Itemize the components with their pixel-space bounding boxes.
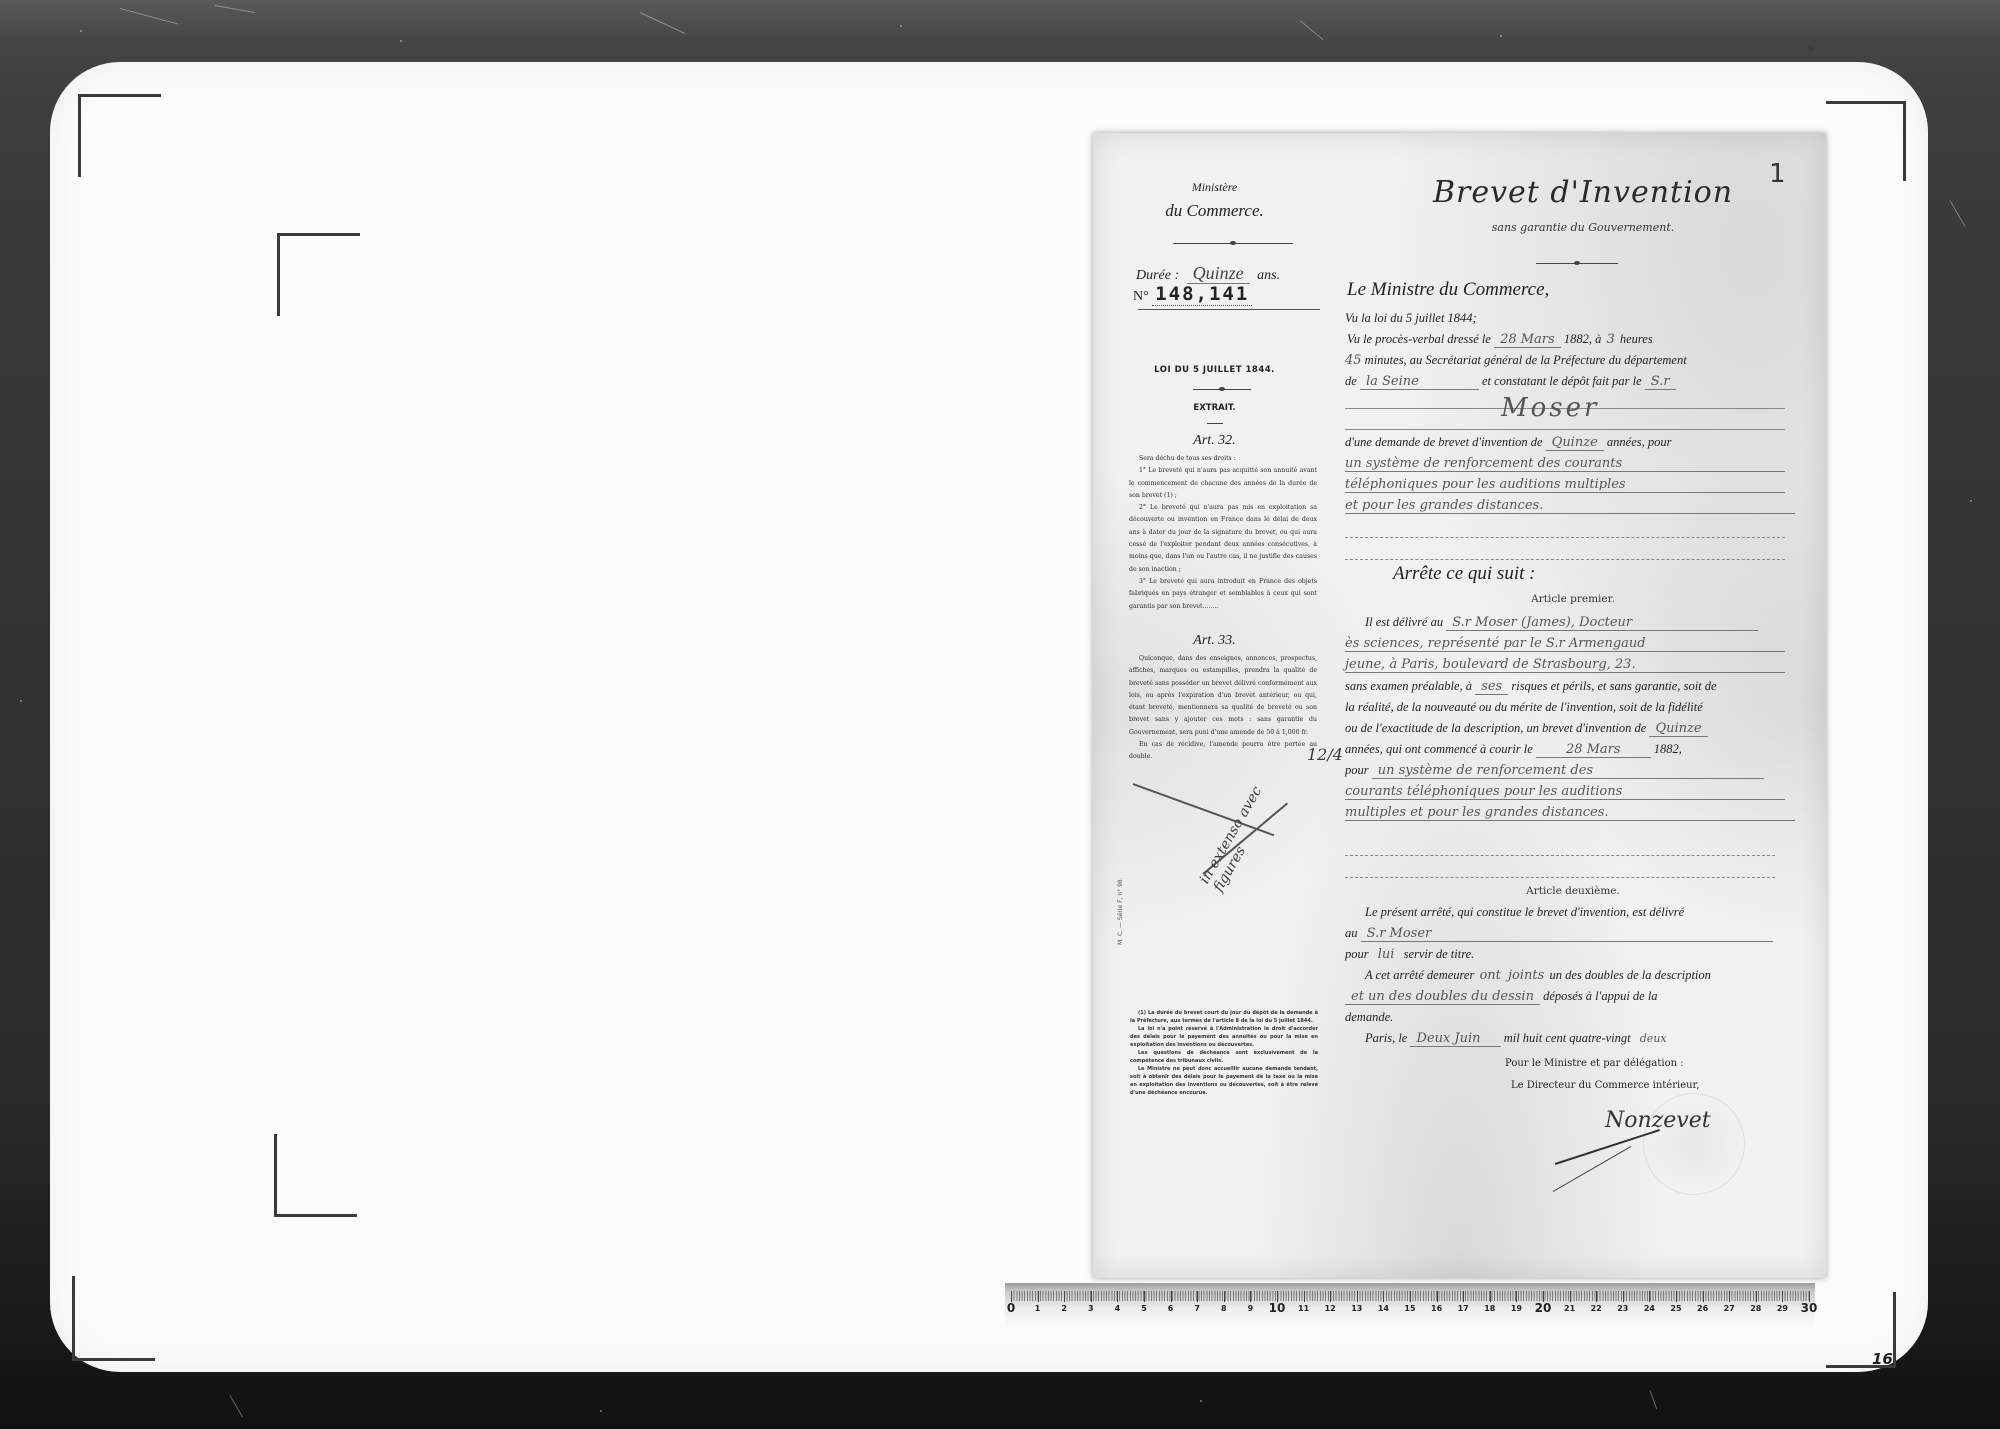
ruler-label: 21 [1564,1304,1575,1313]
text: risques et périls, et sans garantie, soi… [1511,679,1716,693]
document-title: Brevet d'Invention [1393,175,1773,210]
ruler-major-tick [1623,1291,1624,1302]
ruler-major-tick [1490,1291,1491,1302]
ruler-major-tick [1437,1291,1438,1302]
footnote-paragraph: Le Ministre ne peut donc accueillir aucu… [1130,1065,1318,1097]
ruler-major-tick [1117,1291,1118,1302]
title-purpose-line: pour lui servir de titre. [1345,947,1474,962]
article-32-paragraph: 3° Le breveté qui aura introduit en Fran… [1129,576,1317,613]
ruler-label: 7 [1194,1304,1200,1313]
date-line: Paris, le Deux Juin mil huit cent quatre… [1365,1031,1673,1046]
annex-drawing: et un des doubles du dessin [1345,989,1540,1005]
speck [400,40,402,42]
left-margin-column: Ministère du Commerce. Durée : Quinze an… [1093,133,1336,1278]
ruler-label: 18 [1484,1304,1495,1313]
footnotes: (1) La durée du brevet court du jour du … [1130,1009,1318,1097]
director-title: Le Directeur du Commerce intérieur, [1511,1080,1699,1091]
article-33-text: Quiconque, dans des enseignes, annonces,… [1129,653,1317,764]
duration-value: Quinze [1187,263,1250,284]
text: 1882, à [1564,332,1602,346]
ruler-label: 26 [1697,1304,1708,1313]
ruler-label: 10 [1269,1301,1286,1315]
speck [600,1410,602,1412]
scratch-mark [230,1395,243,1417]
start-date-line: années, qui ont commencé à courir le 28 … [1345,742,1682,757]
ruler-label: 16 [1431,1304,1442,1313]
duration-field: Durée : Quinze ans. [1136,263,1280,284]
ruler-major-tick [1357,1291,1358,1302]
article-2-heading: Article deuxième. [1345,885,1801,897]
duration-unit: ans. [1257,268,1280,283]
legal-line: la réalité, de la nouveauté ou du mérite… [1345,700,1703,715]
article-32-paragraph: Sera déchu de tous ses droits : [1129,453,1317,465]
ruler-major-tick [1224,1291,1225,1302]
text: 1882, [1654,742,1682,756]
pronoun: lui [1372,947,1401,962]
article-32-text: Sera déchu de tous ses droits : 1° Le br… [1129,453,1317,613]
margin-fraction: 12/4 [1307,748,1343,762]
scratch-mark [120,8,178,24]
law-heading: LOI DU 5 JUILLET 1844. [1093,365,1336,375]
duration-label: Durée : [1136,268,1179,283]
ruler-major-tick [1570,1291,1571,1302]
risk-line: sans examen préalable, à ses risques et … [1345,679,1717,694]
ruler-label: 11 [1298,1304,1309,1313]
speck [1200,1400,1202,1402]
ruler-label: 6 [1168,1304,1174,1313]
text: Il est délivré au [1365,615,1443,629]
ruler-label: 14 [1378,1304,1389,1313]
crop-mark-top-left-outer [78,94,161,177]
blank-fill-line [1345,855,1775,856]
text: heures [1620,332,1653,346]
article-1-body: Il est délivré au S.r Moser (James), Doc… [1345,615,1801,835]
scratch-mark [215,5,255,13]
footnote-paragraph: (1) La durée du brevet court du jour du … [1130,1009,1318,1025]
article-2-text: Le présent arrêté, qui constitue le brev… [1365,905,1684,920]
ruler-label: 25 [1670,1304,1681,1313]
ruler-label: 23 [1617,1304,1628,1313]
ruler-major-tick [1782,1291,1783,1302]
ruler-label: 20 [1535,1301,1552,1315]
start-date: 28 Mars [1536,742,1651,758]
article-32-heading: Art. 32. [1093,433,1336,449]
text: pour [1345,947,1369,961]
article-33-paragraph: Quiconque, dans des enseignes, annonces,… [1129,653,1317,739]
ruler-label: 17 [1458,1304,1469,1313]
annex-line: A cet arrêté demeurer ont joints un des … [1365,968,1711,983]
ruler-major-tick [1171,1291,1172,1302]
margin-annotation: in extenso avec figures [1197,783,1280,894]
speck [20,700,22,702]
ruler-label: 28 [1750,1304,1761,1313]
annex-line-2: et un des doubles du dessin déposés à l'… [1345,989,1658,1004]
scratch-mark [640,12,686,34]
department-line: de la Seine et constatant le dépôt fait … [1345,374,1676,389]
ruler-label: 24 [1644,1304,1655,1313]
scratch-mark [1300,20,1324,40]
text: un des doubles de la description [1549,968,1710,982]
ruler-label: 12 [1325,1304,1336,1313]
ruler-ticks [1011,1291,1811,1301]
fill-line [1345,429,1785,430]
scratch-mark [1650,1390,1658,1409]
crop-mark-top-left-inner [277,233,360,316]
number-label: N° [1133,289,1149,304]
ruler-major-tick [1649,1291,1650,1302]
patent-number-field: N° 148,141 [1133,283,1252,305]
blank-fill-line [1345,877,1775,878]
ornamental-rule [1193,389,1251,390]
sheet-number: 16 [1872,1350,1893,1368]
issue-year: deux [1634,1032,1673,1045]
proces-verbal-line: Vu le procès-verbal dressé le 28 Mars 18… [1347,332,1653,347]
ministry-name: du Commerce. [1093,201,1336,221]
text: années, qui ont commencé à courir le [1345,742,1533,756]
ruler-major-tick [1410,1291,1411,1302]
handwritten-word: joints [1506,968,1546,983]
ruler-major-tick [1330,1291,1331,1302]
deposit-hour: 3 [1604,332,1616,347]
text: et constatant le dépôt fait par le [1482,374,1642,388]
ruler-label: 9 [1248,1304,1254,1313]
ruler-label: 19 [1511,1304,1522,1313]
demande-line: d'une demande de brevet d'invention de Q… [1345,435,1671,450]
ruler-label: 0 [1007,1301,1015,1315]
ruler-label: 29 [1777,1304,1788,1313]
text: d'une demande de brevet d'invention de [1345,435,1543,449]
blank-fill-line [1345,537,1785,538]
ruler-major-tick [1596,1291,1597,1302]
invention-title-line: et pour les grandes distances. [1345,498,1795,514]
demande-duration: Quinze [1546,435,1604,451]
ruler-label: 1 [1035,1304,1041,1313]
crop-mark-bottom-left-inner [274,1134,357,1217]
ruler-major-tick [1197,1291,1198,1302]
ruler-label: 3 [1088,1304,1094,1313]
department-value: la Seine [1360,374,1479,390]
ruler-major-tick [1516,1291,1517,1302]
text: A cet arrêté demeurer [1365,968,1474,982]
ruler-label: 22 [1591,1304,1602,1313]
text: servir de titre. [1404,947,1475,961]
speck [1970,500,1972,502]
ministry-label: Ministère [1093,180,1336,195]
text: Paris, le [1365,1031,1407,1045]
blank-fill-line [1345,559,1785,560]
text: au [1345,926,1358,940]
text: déposés à l'appui de la [1543,989,1657,1003]
ornamental-rule [1536,263,1618,264]
measurement-ruler: 0123456789101112131415161718192021222324… [1005,1283,1815,1328]
ruler-label: 27 [1724,1304,1735,1313]
text: Vu le procès-verbal dressé le [1347,332,1491,346]
article-32-paragraph: 2° Le breveté qui n'aura pas mis en expl… [1129,502,1317,576]
invention-line-2: pour un système de renforcement des [1345,763,1764,779]
deposit-minutes: 45 [1345,353,1362,368]
speck [80,30,82,32]
ruler-label: 13 [1351,1304,1362,1313]
ruler-label: 4 [1115,1304,1121,1313]
invention-title-2: un système de renforcement des [1372,763,1764,779]
decree-heading: Arrête ce qui suit : [1393,563,1535,585]
invention-title-2: courants téléphoniques pour les audition… [1345,784,1785,800]
footnote-paragraph: Les questions de déchéance sont exclusiv… [1130,1049,1318,1065]
divider [1207,423,1223,424]
article-33-heading: Art. 33. [1093,633,1336,649]
text: pour [1345,763,1369,777]
law-reference: Vu la loi du 5 juillet 1844; [1345,311,1477,326]
footnote-paragraph: La loi n'a point réservé à l'Administrat… [1130,1025,1318,1049]
text: ou de l'exactitude de la description, un… [1345,721,1646,735]
ruler-major-tick [1463,1291,1464,1302]
ruler-note: SI [1808,45,1815,53]
minutes-line: 45 minutes, au Secrétariat général de la… [1345,353,1687,368]
holder-address: jeune, à Paris, boulevard de Strasbourg,… [1345,657,1785,673]
article-2-holder: S.r Moser [1361,926,1773,942]
patent-document: Ministère du Commerce. Durée : Quinze an… [1093,133,1826,1278]
ruler-label: 30 [1801,1301,1818,1315]
ruler-major-tick [1144,1291,1145,1302]
extract-heading: EXTRAIT. [1093,403,1336,413]
holder-name: S.r Moser (James), Docteur [1446,615,1758,631]
speck [1500,35,1502,37]
patent-number: 148,141 [1152,283,1252,306]
text: sans examen préalable, à [1345,679,1472,693]
form-code: M. C. — Série F, n° 98. [1117,877,1124,945]
invention-title-2: multiples et pour les grandes distances. [1345,805,1795,821]
article-32-paragraph: 1° Le breveté qui n'aura pas acquitté so… [1129,465,1317,502]
invention-title-line: téléphoniques pour les auditions multipl… [1345,477,1785,493]
text: mil huit cent quatre-vingt [1504,1031,1631,1045]
risk-pronoun: ses [1475,679,1508,695]
ruler-label: 8 [1221,1304,1227,1313]
grant-duration: Quinze [1649,721,1707,737]
ruler-major-tick [1304,1291,1305,1302]
text: minutes, au Secrétariat général de la Pr… [1365,353,1687,367]
ruler-major-tick [1250,1291,1251,1302]
handwritten-word: ont [1477,968,1502,983]
signature-flourish [1553,1146,1631,1192]
ruler-major-tick [1091,1291,1092,1302]
ruler-label: 15 [1404,1304,1415,1313]
holder-line: Il est délivré au S.r Moser (James), Doc… [1365,615,1758,631]
scratch-mark [1950,200,1966,226]
ornamental-rule [1173,243,1293,244]
ruler-major-tick [1676,1291,1677,1302]
ruler-major-tick [1703,1291,1704,1302]
minister-heading: Le Ministre du Commerce, [1347,279,1549,301]
ruler-major-tick [1064,1291,1065,1302]
ruler-major-tick [1383,1291,1384,1302]
crop-mark-top-right [1826,101,1906,181]
depositor-title: S.r [1645,374,1676,390]
ruler-major-tick [1729,1291,1730,1302]
ruler-label: 5 [1141,1304,1147,1313]
delegation-line: Pour le Ministre et par délégation : [1505,1058,1684,1069]
divider [1138,309,1320,310]
depositor-line: Moser [1495,393,1605,423]
ruler-major-tick [1756,1291,1757,1302]
text: de [1345,374,1357,388]
document-subtitle: sans garantie du Gouvernement. [1393,221,1773,234]
invention-title-line: un système de renforcement des courants [1345,456,1785,472]
crop-mark-bottom-left-outer [72,1276,155,1361]
article-33-paragraph: En cas de récidive, l'amende pourra être… [1129,739,1317,764]
deposit-date: 28 Mars [1494,332,1561,348]
ruler-major-tick [1038,1291,1039,1302]
depositor-name: Moser [1495,393,1605,423]
speck [900,25,902,27]
annex-line-3: demande. [1345,1010,1393,1025]
text: années, pour [1607,435,1672,449]
ruler-label: 2 [1061,1304,1067,1313]
article-1-heading: Article premier. [1345,593,1801,605]
legal-line: ou de l'exactitude de la description, un… [1345,721,1708,736]
issue-date: Deux Juin [1410,1031,1500,1047]
article-2-holder-line: au S.r Moser [1345,926,1773,942]
holder-line: ès sciences, représenté par le S.r Armen… [1345,636,1785,652]
